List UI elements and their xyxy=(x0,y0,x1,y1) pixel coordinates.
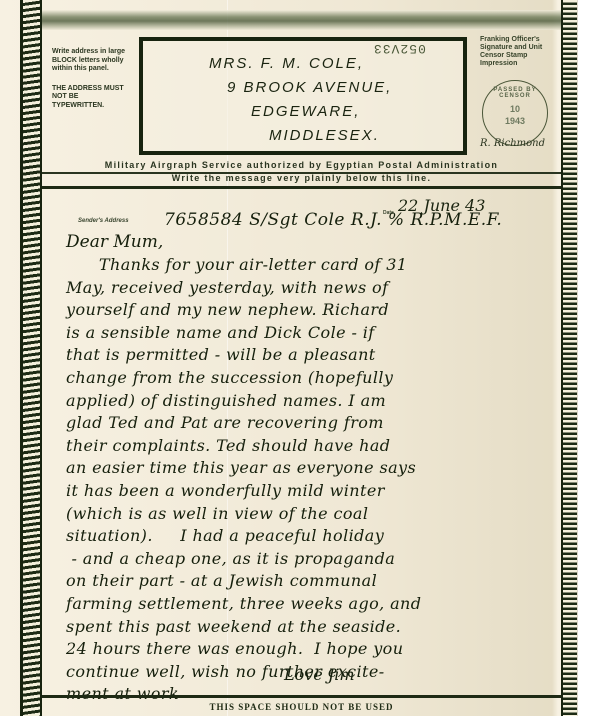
letter-body: Thanks for your air-letter card of 31May… xyxy=(66,254,556,706)
letter-line: glad Ted and Pat are recovering from xyxy=(66,412,556,435)
divider xyxy=(42,186,561,189)
letter-line: change from the succession (hopefully xyxy=(66,367,556,390)
stamp-center: 10 1943 xyxy=(483,103,547,127)
letter-line: is a sensible name and Dick Cole - if xyxy=(66,322,556,345)
sender-address: 7658584 S/Sgt Cole R.J. % R.P.M.E.F. xyxy=(164,210,502,230)
address-instructions: Write address in large BLOCK letters who… xyxy=(52,48,132,121)
instruction-no-typewriter: THE ADDRESS MUST NOT BE TYPEWRITTEN. xyxy=(52,85,132,111)
airgraph-letter: Write address in large BLOCK letters who… xyxy=(0,0,600,716)
letter-line: spent this past weekend at the seaside. xyxy=(66,616,556,639)
service-authorization: Military Airgraph Service authorized by … xyxy=(42,160,561,170)
letter-line: 24 hours there was enough. I hope you xyxy=(66,638,556,661)
address-line-name: MRS. F. M. COLE, xyxy=(209,55,364,72)
right-margin xyxy=(577,0,600,716)
divider xyxy=(42,695,561,698)
censor-label: Franking Officer's Signature and Unit Ce… xyxy=(480,36,562,68)
top-scan-band xyxy=(42,10,561,30)
salutation: Dear Mum, xyxy=(66,232,163,252)
letter-line: applied) of distinguished names. I am xyxy=(66,390,556,413)
letter-line: it has been a wonderfully mild winter xyxy=(66,480,556,503)
letter-line: that is permitted - will be a pleasant xyxy=(66,344,556,367)
footer-notice: THIS SPACE SHOULD NOT BE USED xyxy=(42,702,561,712)
address-line-town: EDGEWARE, xyxy=(251,103,360,120)
stamp-ring-text: PASSED BY CENSOR xyxy=(483,87,547,99)
letter-line: farming settlement, three weeks ago, and xyxy=(66,593,556,616)
serial-number: 052V33 xyxy=(373,41,426,56)
sender-label: Sender's Address xyxy=(78,218,129,224)
letter-line: Thanks for your air-letter card of 31 xyxy=(66,254,556,277)
letter-line: May, received yesterday, with news of xyxy=(66,277,556,300)
address-line-street: 9 BROOK AVENUE, xyxy=(227,79,392,96)
address-line-county: MIDDLESEX. xyxy=(269,127,380,144)
instruction-block-letters: Write address in large BLOCK letters who… xyxy=(52,48,132,74)
left-hatched-border xyxy=(20,0,42,716)
censor-signature: R. Richmond xyxy=(480,138,560,152)
letter-line: (which is as well in view of the coal xyxy=(66,503,556,526)
stamp-year: 1943 xyxy=(483,115,547,127)
right-hatched-border xyxy=(561,0,577,716)
stamp-number: 10 xyxy=(483,103,547,115)
signoff: Love Jim xyxy=(284,665,355,684)
letter-line: their complaints. Ted should have had xyxy=(66,435,556,458)
letter-line: an easier time this year as everyone say… xyxy=(66,457,556,480)
letter-line: yourself and my new nephew. Richard xyxy=(66,299,556,322)
censor-stamp: PASSED BY CENSOR 10 1943 xyxy=(482,80,548,146)
letter-line: - and a cheap one, as it is propaganda xyxy=(66,548,556,571)
letter-line: situation). I had a peaceful holiday xyxy=(66,525,556,548)
letter-line: on their part - at a Jewish communal xyxy=(66,570,556,593)
write-instruction: Write the message very plainly below thi… xyxy=(42,173,561,183)
